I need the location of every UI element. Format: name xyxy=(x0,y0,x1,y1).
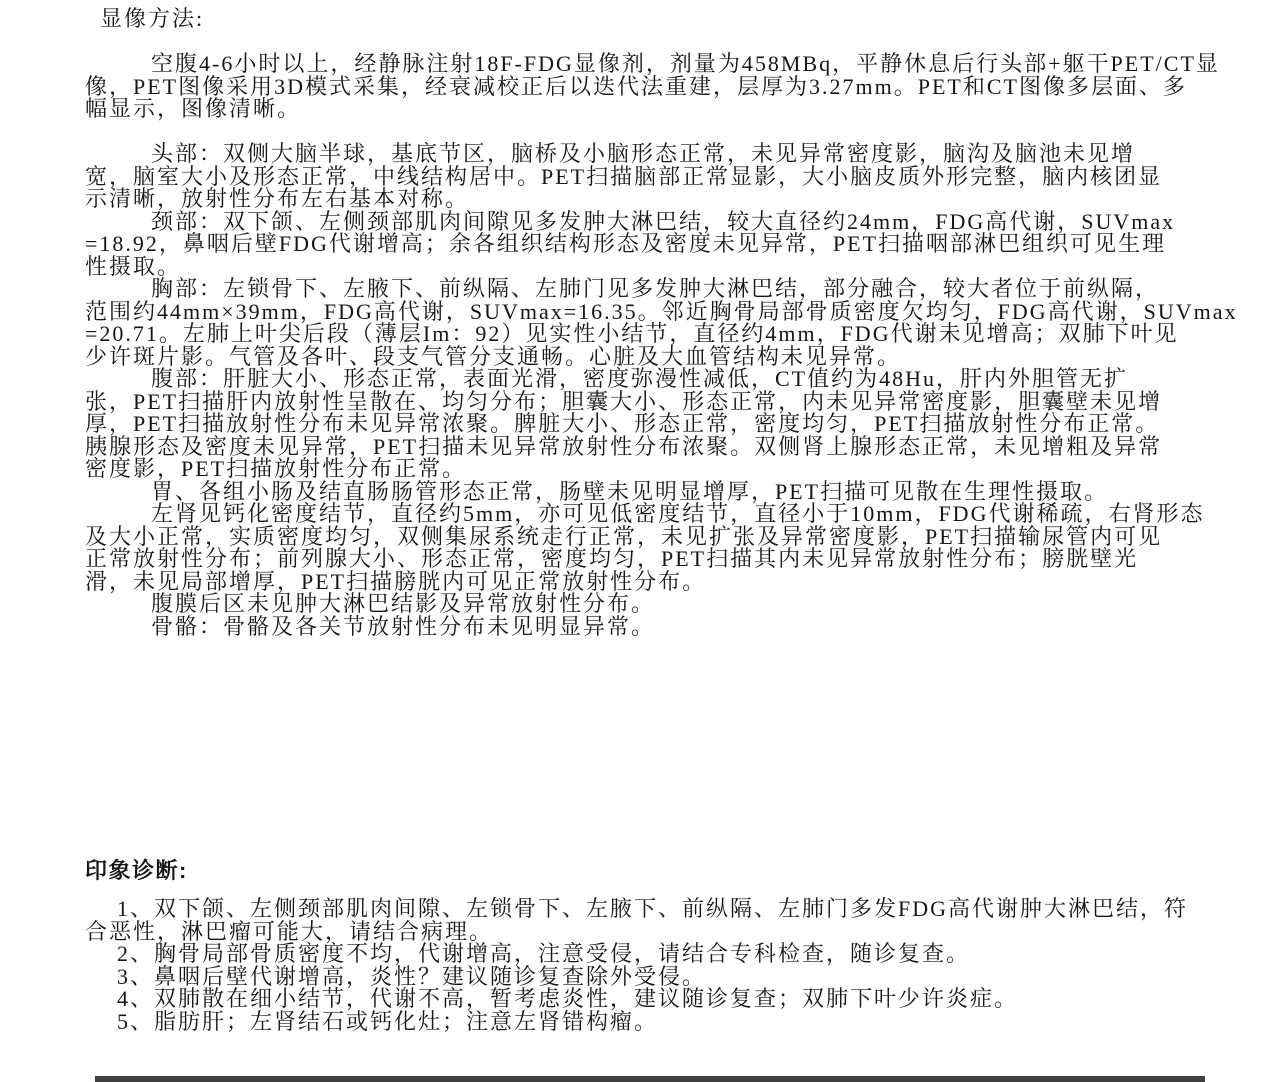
report-line: 范围约44mm×39mm，FDG高代谢，SUVmax=16.35。邻近胸骨局部骨… xyxy=(85,301,1225,324)
report-line: 少许斑片影。气管及各叶、段支气管分支通畅。心脏及大血管结构未见异常。 xyxy=(85,346,1225,369)
report-line: 5、脂肪肝；左肾结石或钙化灶；注意左肾错构瘤。 xyxy=(85,1011,1225,1034)
report-line: 骨骼：骨骼及各关节放射性分布未见明显异常。 xyxy=(85,616,1225,639)
blank-line xyxy=(85,31,1225,54)
report-line: 腹膜后区未见肿大淋巴结影及异常放射性分布。 xyxy=(85,593,1225,616)
impression-section-heading: 印象诊断: xyxy=(85,858,1225,884)
section-gap xyxy=(85,638,1225,858)
report-line: 幅显示，图像清晰。 xyxy=(85,98,1225,121)
report-line: 空腹4-6小时以上，经静脉注射18F-FDG显像剂，剂量为458MBq，平静休息… xyxy=(85,53,1225,76)
report-line: 胰腺形态及密度未见异常，PET扫描未见异常放射性分布浓聚。双侧肾上腺形态正常，未… xyxy=(85,436,1225,459)
report-line: 张，PET扫描肝内放射性呈散在、均匀分布；胆囊大小、形态正常，内未见异常密度影，… xyxy=(85,391,1225,414)
report-line: 胃、各组小肠及结直肠肠管形态正常，肠壁未见明显增厚，PET扫描可见散在生理性摄取… xyxy=(85,481,1225,504)
report-document: 显像方法: 空腹4-6小时以上，经静脉注射18F-FDG显像剂，剂量为458MB… xyxy=(85,8,1225,1033)
report-line: 密度影，PET扫描放射性分布正常。 xyxy=(85,458,1225,481)
report-line: 厚，PET扫描放射性分布未见异常浓聚。脾脏大小、形态正常，密度均匀，PET扫描放… xyxy=(85,413,1225,436)
horizontal-scrollbar-thumb[interactable] xyxy=(95,1076,1205,1082)
report-line: 滑，未见局部增厚，PET扫描膀胱内可见正常放射性分布。 xyxy=(85,571,1225,594)
report-line: 正常放射性分布；前列腺大小、形态正常，密度均匀，PET扫描其内未见异常放射性分布… xyxy=(85,548,1225,571)
method-section-heading: 显像方法: xyxy=(100,8,1225,31)
blank-line xyxy=(85,121,1225,144)
report-line: 左肾见钙化密度结节，直径约5mm，亦可见低密度结节，直径小于10mm，FDG代谢… xyxy=(85,503,1225,526)
report-line: 腹部：肝脏大小、形态正常，表面光滑，密度弥漫性减低，CT值约为48Hu，肝内外胆… xyxy=(85,368,1225,391)
report-line: 头部：双侧大脑半球，基底节区，脑桥及小脑形态正常，未见异常密度影，脑沟及脑池未见… xyxy=(85,143,1225,166)
report-line: 示清晰，放射性分布左右基本对称。 xyxy=(85,188,1225,211)
report-line: 像，PET图像采用3D模式采集，经衰减校正后以迭代法重建，层厚为3.27mm。P… xyxy=(85,76,1225,99)
report-line: 2、胸骨局部骨质密度不均，代谢增高，注意受侵，请结合专科检查，随诊复查。 xyxy=(85,943,1225,966)
report-line: 颈部：双下颌、左侧颈部肌肉间隙见多发肿大淋巴结，较大直径约24mm，FDG高代谢… xyxy=(85,211,1225,234)
report-line: 1、双下颌、左侧颈部肌肉间隙、左锁骨下、左腋下、前纵隔、左肺门多发FDG高代谢肿… xyxy=(85,898,1225,921)
findings-body: 空腹4-6小时以上，经静脉注射18F-FDG显像剂，剂量为458MBq，平静休息… xyxy=(85,53,1225,638)
report-line: 胸部：左锁骨下、左腋下、前纵隔、左肺门见多发肿大淋巴结，部分融合，较大者位于前纵… xyxy=(85,278,1225,301)
report-line: =20.71。左肺上叶尖后段（薄层Im：92）见实性小结节，直径约4mm，FDG… xyxy=(85,323,1225,346)
report-line: 4、双肺散在细小结节，代谢不高，暂考虑炎性，建议随诊复查；双肺下叶少许炎症。 xyxy=(85,988,1225,1011)
report-line: 及大小正常，实质密度均匀，双侧集尿系统走行正常，未见扩张及异常密度影，PET扫描… xyxy=(85,526,1225,549)
report-line: 宽，脑室大小及形态正常，中线结构居中。PET扫描脑部正常显影，大小脑皮质外形完整… xyxy=(85,166,1225,189)
report-line: =18.92，鼻咽后壁FDG代谢增高；余各组织结构形态及密度未见异常，PET扫描… xyxy=(85,233,1225,256)
report-line: 3、鼻咽后壁代谢增高，炎性？建议随诊复查除外受侵。 xyxy=(85,966,1225,989)
report-line: 性摄取。 xyxy=(85,256,1225,279)
report-line: 合恶性，淋巴瘤可能大，请结合病理。 xyxy=(85,921,1225,944)
impression-body: 1、双下颌、左侧颈部肌肉间隙、左锁骨下、左腋下、前纵隔、左肺门多发FDG高代谢肿… xyxy=(85,898,1225,1033)
